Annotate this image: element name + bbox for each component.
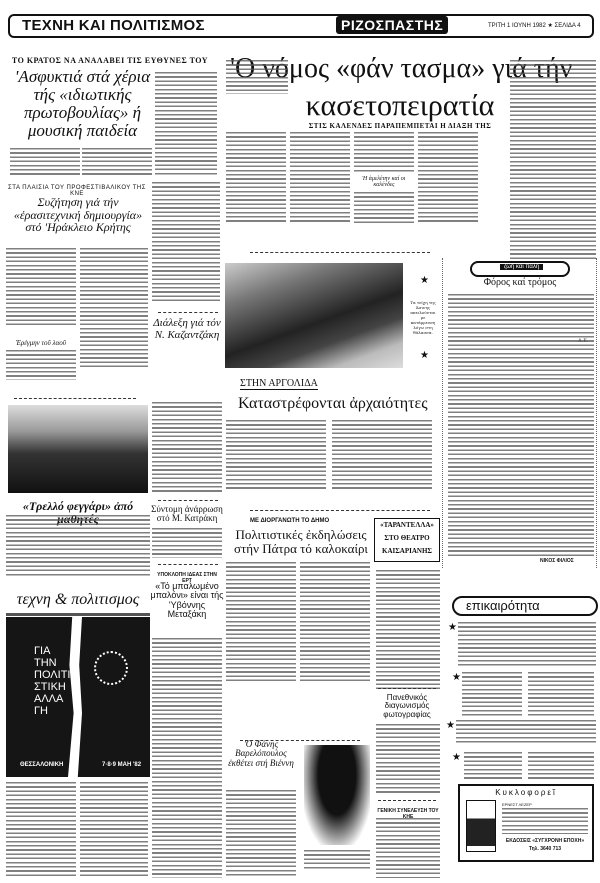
argolida-body-1 — [226, 420, 326, 490]
divider — [158, 312, 218, 313]
column-border-right — [596, 258, 597, 568]
epikairotita-item-4a — [464, 752, 522, 780]
tree-emblem-icon — [94, 651, 128, 685]
epikairotita-label: επικαιρότητα — [466, 598, 540, 613]
argolida-caption: Τα τείχη της Άσινης απειλούνται με κατάρ… — [408, 300, 438, 335]
music-body-3 — [155, 72, 217, 176]
poster-city: ΘΕΣΣΑΛΟΝΙΚΗ — [20, 762, 63, 768]
divider — [378, 800, 436, 801]
zoi-body — [448, 294, 594, 556]
divider — [250, 510, 430, 511]
piracy-kicker: ΣΤΙΣ ΚΑΛΕΝΔΕΣ ΠΑΡΑΠΕΜΠΕΤΑΙ Η ΔΙΑΞΗ ΤΗΣ — [300, 122, 500, 130]
students-photo — [8, 405, 148, 493]
ad-author: ΕΡΝΕΣΤ ΛΕΖΕΡ — [502, 802, 532, 807]
heraklion-body-3 — [6, 350, 76, 380]
zoi-author: ΝΙΚΟΣ ΦΙΛΙΟΣ — [540, 558, 574, 564]
heraklion-subhead: Έρέγμην τοῦ λαοῦ — [6, 340, 76, 347]
music-body-1 — [10, 148, 80, 176]
piracy-intro — [226, 60, 288, 94]
heraklion-headline: Συζήτηση γιά τήν «ἐρασιτεχνική δημιουργί… — [8, 196, 148, 234]
star-icon: ★ — [452, 672, 461, 683]
mid-body-1 — [152, 182, 220, 304]
piracy-body-1 — [226, 132, 286, 224]
kke-body — [376, 818, 440, 878]
argolida-photo — [225, 263, 403, 368]
patra-headline: Πολιτιστικές ἐκδηλώσεις στήν Πάτρα τό κα… — [226, 528, 376, 555]
date-and-page: ΤΡΙΤΗ 1 ΙΟΥΝΗ 1982 ★ ΣΕΛΙΔΑ 4 — [488, 22, 581, 29]
ad-body — [502, 808, 588, 834]
epikairotita-item-2a — [462, 672, 522, 716]
argolida-kicker: ΣΤΗΝ ΑΡΓΟΛΙΔΑ — [240, 378, 318, 390]
kazantzakis-headline: Διάλεξη γιά τόν Ν. Καζαντζάκη — [152, 318, 222, 341]
star-icon: ★ — [446, 720, 455, 731]
music-headline: 'Ασφυκτιά στά χέρια τής «ιδιωτικής πρωτο… — [10, 68, 155, 139]
star-icon: ★ — [420, 350, 429, 361]
divider — [250, 252, 430, 253]
poster-slogan: ΓΙΑΤΗΝΠΟΛΙΤΙΣΤΙΚΗΑΛΛΑΓΗ — [34, 645, 74, 717]
varelopoulos-body — [226, 790, 296, 878]
tarantella-line2: ΣΤΟ ΘΕΑΤΡΟ — [375, 532, 439, 545]
katrakis-body — [152, 528, 222, 558]
section-title: ΤΕΧΝΗ ΚΑΙ ΠΟΛΙΤΙΣΜΟΣ — [22, 17, 205, 34]
star-icon: ★ — [420, 275, 429, 286]
epikairotita-item-4b — [528, 752, 594, 780]
epikairotita-item-1 — [458, 622, 596, 666]
varelopoulos-artwork — [304, 745, 370, 845]
tarantella-line3: ΚΑΙΣΑΡΙΑΝΗΣ — [375, 545, 439, 558]
poster-body-1 — [6, 782, 76, 877]
piracy-body-4 — [354, 192, 414, 224]
column-border-left — [442, 258, 443, 568]
photo-contest-body — [376, 724, 440, 794]
zoi-label: ζωή και πάλη — [500, 264, 543, 270]
poster-dates: 7·8·9 ΜΑΗ '82 — [102, 762, 141, 768]
balloon-headline: «Τό μπαλωμένο μπαλόνι» είναι τής 'Υβόννη… — [150, 582, 224, 620]
piracy-body-2 — [290, 132, 350, 224]
book-ad: Κυκλοφορεῖ ΕΡΝΕΣΤ ΛΕΖΕΡ ΕΚΔΟΣΕΙΣ «ΣΥΓΧΡΟ… — [458, 784, 594, 862]
divider — [158, 564, 218, 565]
divider — [14, 398, 136, 399]
photo-contest-headline: Πανεθνικός διαγωνισμός φωτογραφίας — [374, 694, 440, 719]
katrakis-headline: Σύντομη ἀνάρρωση στό Μ. Κατράκη — [150, 505, 224, 524]
crazy-moon-body — [6, 515, 150, 577]
balloon-body — [152, 638, 222, 878]
heraklion-body-2 — [80, 248, 148, 368]
tarantella-line1: «ΤΑΡΑΝΤΕΛΛΑ» — [375, 519, 439, 532]
book-cover — [466, 800, 496, 852]
music-body-2 — [82, 148, 152, 176]
tarantella-box: «ΤΑΡΑΝΤΕΛΛΑ» ΣΤΟ ΘΕΑΤΡΟ ΚΑΙΣΑΡΙΑΝΗΣ — [374, 518, 440, 562]
piracy-body-6 — [510, 60, 596, 260]
varelopoulos-caption — [304, 850, 370, 870]
epikairotita-item-2b — [528, 672, 594, 716]
piracy-subhead: Ή ἀμελέτην καί οι καλένδες — [354, 176, 414, 189]
music-kicker: ΤΟ ΚΡΑΤΟΣ ΝΑ ΑΝΑΛΑΒΕΙ ΤΙΣ ΕΥΘΥΝΕΣ ΤΟΥ — [10, 56, 210, 65]
poster-masthead: τεχνη & πολιτισμος — [6, 592, 150, 609]
poster-body-2 — [80, 782, 148, 877]
argolida-headline: Καταστρέφονται ἀρχαιότητες — [238, 396, 438, 413]
heraklion-body-1 — [6, 248, 76, 328]
zoi-headline: Φόρος καί τρόμος — [446, 278, 594, 289]
patra-kicker: ΜΕ ΔΙΟΡΓΑΝΩΤΗ ΤΟ ΔΗΜΟ — [250, 518, 329, 524]
divider — [378, 688, 436, 689]
divider — [158, 500, 218, 501]
kazantzakis-body — [152, 402, 222, 492]
ad-publisher: ΕΚΔΟΣΕΙΣ «ΣΥΓΧΡΟΝΗ ΕΠΟΧΗ» — [500, 838, 590, 844]
piracy-body-3 — [354, 132, 414, 172]
poster-subline — [6, 613, 150, 616]
piracy-headline-line2: κασετοπειρατία — [300, 90, 500, 122]
poster-image: ΓΙΑΤΗΝΠΟΛΙΤΙΣΤΙΚΗΑΛΛΑΓΗ ΘΕΣΣΑΛΟΝΙΚΗ 7·8·… — [6, 617, 150, 777]
varelopoulos-headline: 'Ο Φάνης Βαρελόπουλος ἐκθέτει στή Βιέννη — [226, 740, 296, 768]
ad-phone: Τηλ. 3640 713 — [500, 846, 590, 852]
patra-body-1 — [226, 562, 296, 682]
star-icon: ★ — [452, 752, 461, 763]
patra-body-2 — [300, 562, 370, 682]
epikairotita-item-3 — [456, 720, 596, 744]
tarantella-body — [376, 570, 440, 690]
ad-title: Κυκλοφορεῖ — [460, 788, 592, 797]
star-icon: ★ — [448, 622, 457, 633]
newspaper-logo: ΡΙΖΟΣΠΑΣΤΗΣ — [336, 16, 448, 34]
piracy-body-5 — [418, 132, 478, 224]
argolida-body-2 — [332, 420, 432, 490]
